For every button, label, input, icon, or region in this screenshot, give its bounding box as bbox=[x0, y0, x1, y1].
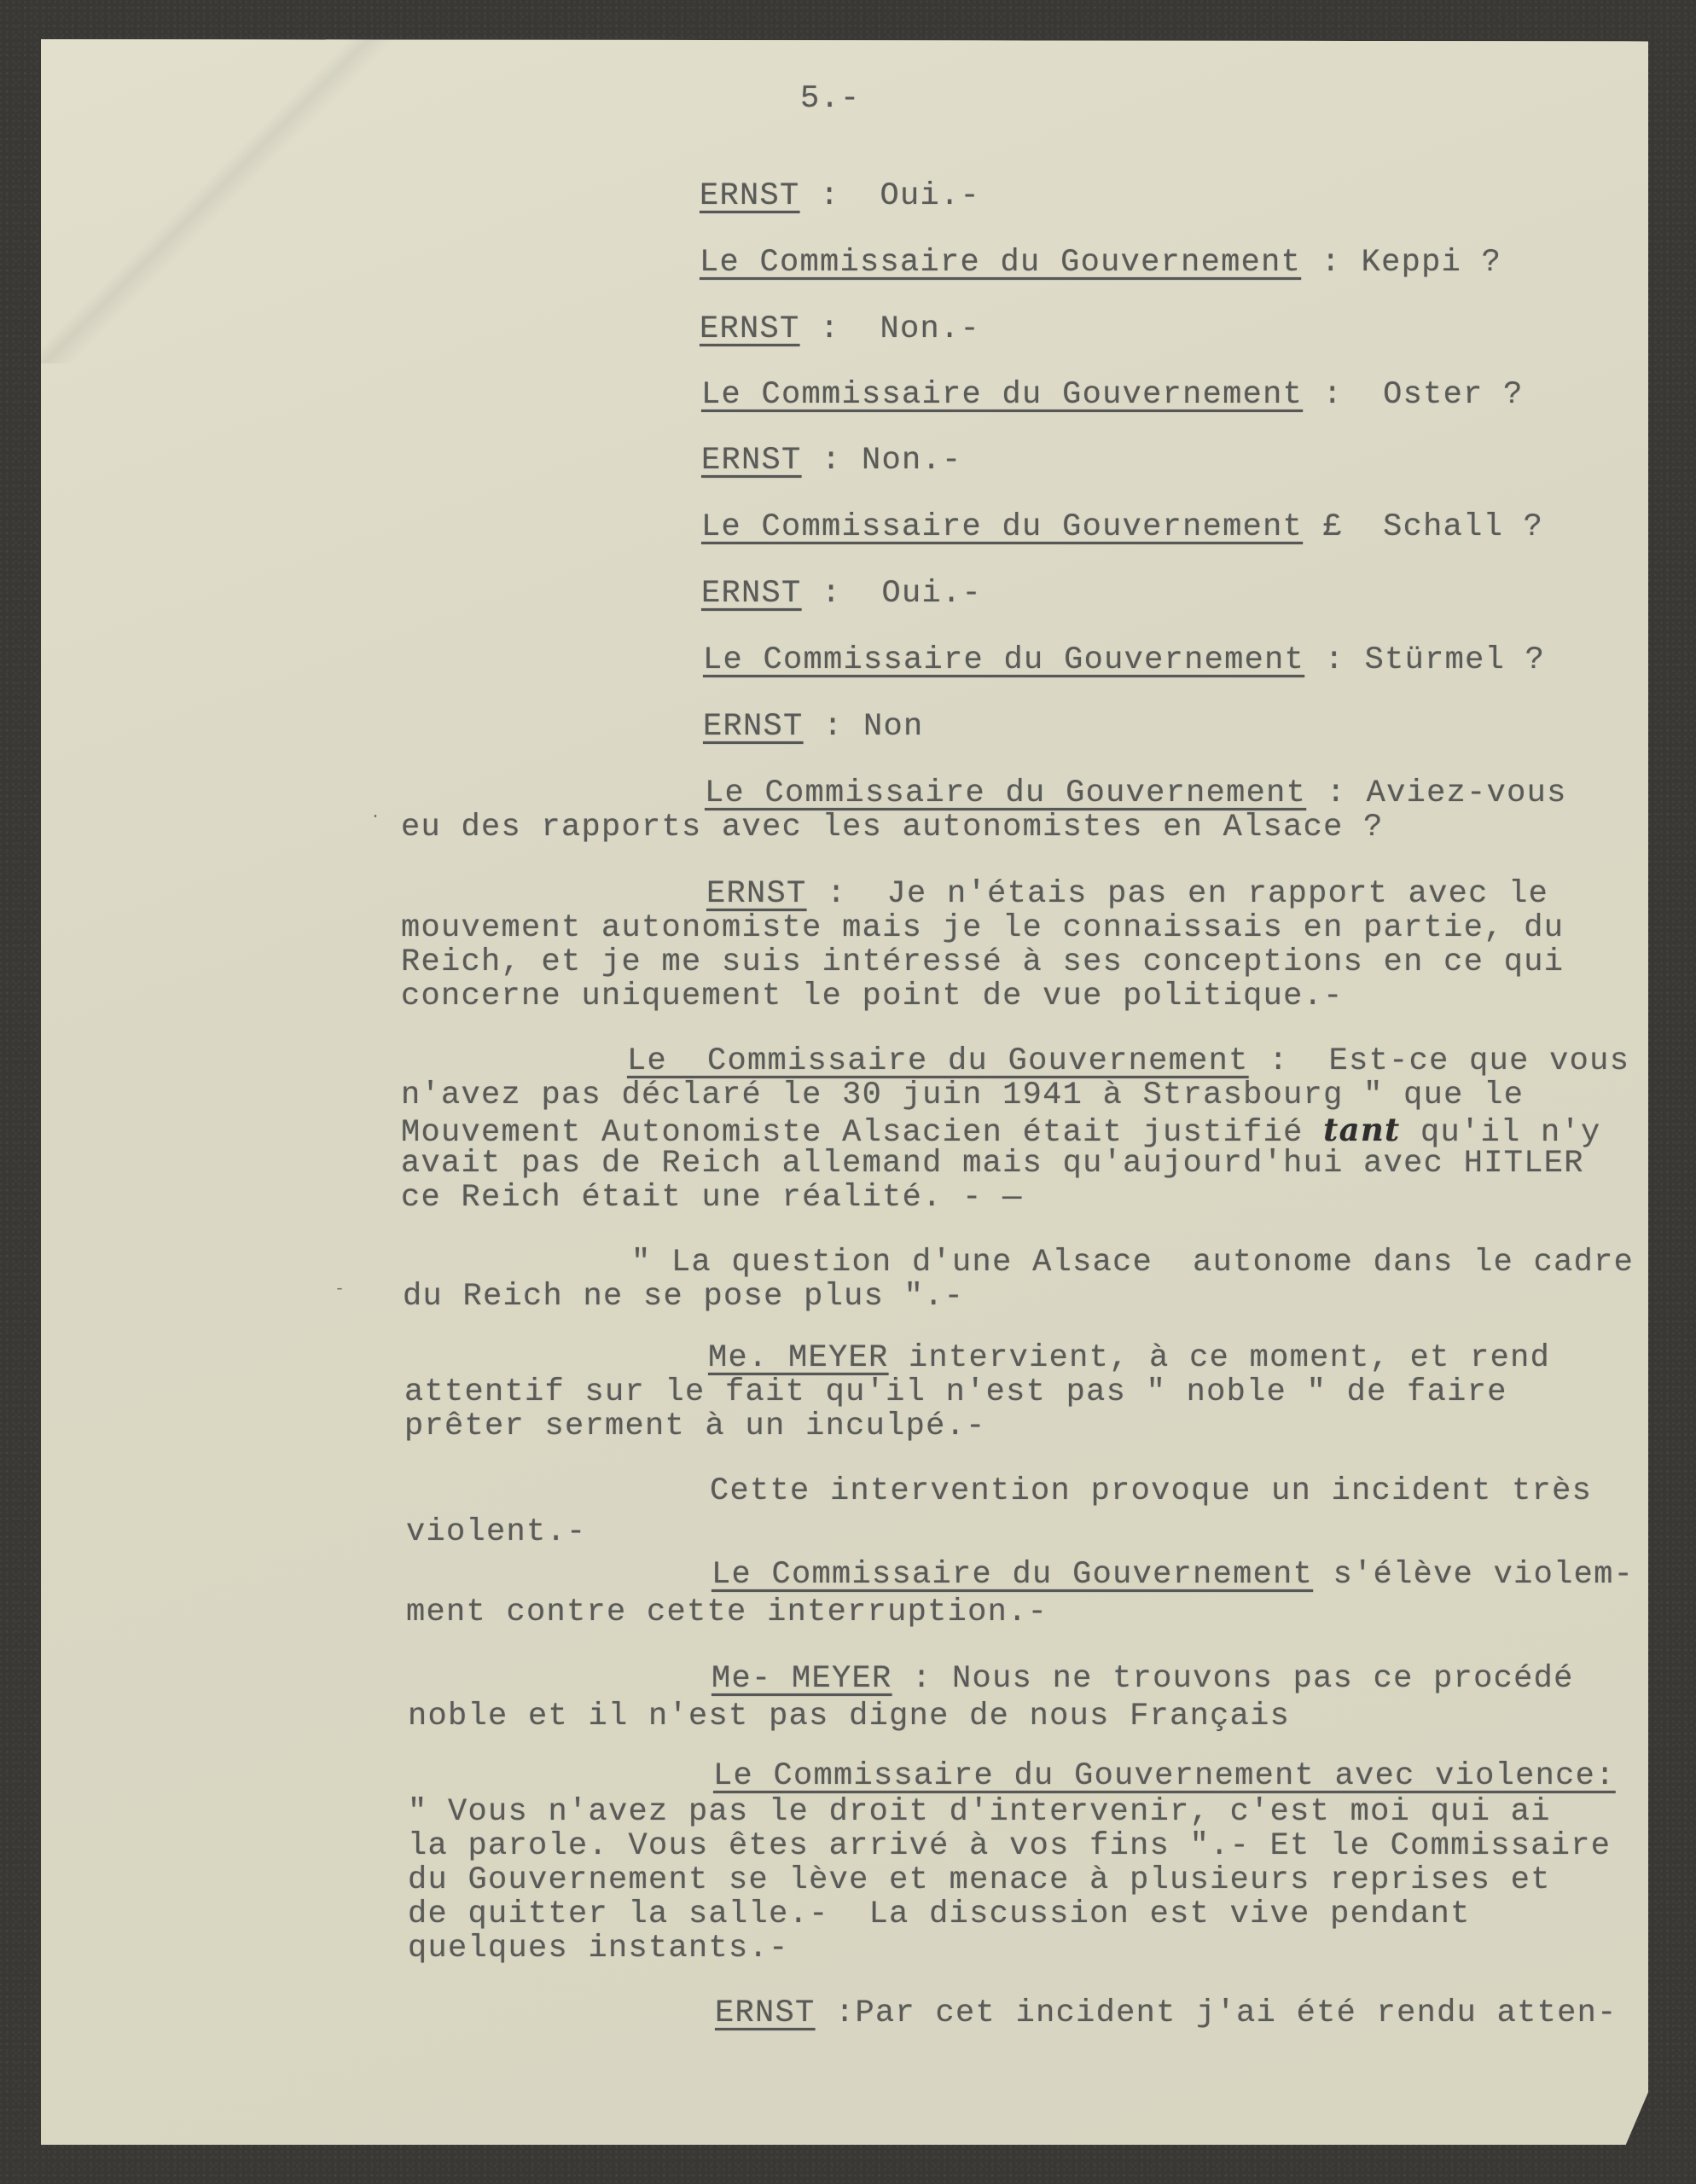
question-text: Keppi ? bbox=[1362, 245, 1502, 281]
margin-dash: - bbox=[334, 1280, 345, 1299]
dialogue-line: ERNST : Non.- bbox=[701, 445, 962, 477]
paragraph-line: attentif sur le fait qu'il n'est pas " n… bbox=[404, 1377, 1507, 1409]
speaker-name: ERNST bbox=[715, 1995, 816, 2031]
dialogue-line: ERNST : Non bbox=[703, 712, 924, 743]
quoted-statement: " La question d'une Alsace autonome dans… bbox=[631, 1247, 1634, 1279]
paragraph-line: n'avez pas déclaré le 30 juin 1941 à Str… bbox=[401, 1080, 1524, 1112]
dialogue-line: ERNST : Oui.- bbox=[701, 578, 982, 610]
speaker-name: Le Commissaire du Gouvernement bbox=[701, 509, 1303, 545]
speaker-name: Le Commissaire du Gouvernement bbox=[700, 245, 1301, 281]
speaker-name: Le Commissaire du Gouvernement bbox=[703, 642, 1304, 678]
speaker-name: Me- MEYER bbox=[712, 1661, 892, 1697]
speaker-name: Le Commissaire du Gouvernement bbox=[701, 377, 1303, 413]
paragraph-line: de quitter la salle.- La discussion est … bbox=[408, 1899, 1471, 1931]
speaker-name: ERNST bbox=[706, 876, 807, 912]
paragraph-line: eu des rapports avec les autonomistes en… bbox=[401, 812, 1384, 844]
paragraph-line: du Gouvernement se lève et menace à plus… bbox=[408, 1865, 1551, 1896]
paragraph-first-line: Cette intervention provoque un incident … bbox=[710, 1476, 1592, 1507]
paragraph-line: violent.- bbox=[406, 1517, 587, 1548]
paragraph-line: Mouvement Autonomiste Alsacien était jus… bbox=[401, 1114, 1600, 1149]
margin-dot: · bbox=[370, 807, 380, 827]
dialogue-line: Le Commissaire du Gouvernement £ Schall … bbox=[701, 512, 1543, 543]
handwritten-correction: tant bbox=[1323, 1111, 1400, 1148]
speaker-name: ERNST bbox=[703, 709, 804, 745]
speaker-name: Me. MEYER bbox=[708, 1340, 889, 1376]
paper-crease bbox=[41, 39, 399, 363]
page-number: 5.- bbox=[800, 84, 861, 115]
paragraph-line: avait pas de Reich allemand mais qu'aujo… bbox=[401, 1148, 1584, 1180]
reply-text: Oui.- bbox=[880, 178, 981, 214]
paragraph-first-line: Le Commissaire du Gouvernement : Aviez-v… bbox=[705, 778, 1567, 810]
reply-text: Non.- bbox=[862, 443, 962, 479]
question-text: Schall ? bbox=[1383, 509, 1543, 545]
paragraph-first-line: Le Commissaire du Gouvernement : Est-ce … bbox=[627, 1046, 1629, 1077]
paragraph-line: ment contre cette interruption.- bbox=[406, 1597, 1048, 1629]
speaker-name: Le Commissaire du Gouvernement bbox=[705, 775, 1306, 811]
paragraph-line: concerne uniquement le point de vue poli… bbox=[401, 981, 1344, 1013]
reply-text: Non.- bbox=[880, 311, 981, 347]
reply-text: Non bbox=[863, 709, 924, 745]
paragraph-line: noble et il n'est pas digne de nous Fran… bbox=[408, 1701, 1290, 1733]
paragraph-line: prêter serment à un inculpé.- bbox=[404, 1411, 986, 1443]
speaker-name: ERNST bbox=[700, 311, 800, 347]
paragraph-first-line: Le Commissaire du Gouvernement avec viol… bbox=[713, 1761, 1616, 1792]
paragraph-line: du Reich ne se pose plus ".- bbox=[403, 1281, 964, 1313]
speaker-name: Le Commissaire du Gouvernement avec viol… bbox=[713, 1758, 1616, 1794]
paragraph-line: quelques instants.- bbox=[408, 1933, 789, 1965]
dialogue-line: ERNST : Oui.- bbox=[700, 181, 980, 212]
paragraph-line: " Vous n'avez pas le droit d'intervenir,… bbox=[408, 1797, 1551, 1828]
reply-text: Oui.- bbox=[882, 576, 983, 612]
question-text: Stürmel ? bbox=[1365, 642, 1546, 678]
speaker-name: ERNST bbox=[700, 178, 800, 214]
paragraph-line: la parole. Vous êtes arrivé à vos fins "… bbox=[408, 1831, 1611, 1862]
dialogue-line: Le Commissaire du Gouvernement : Oster ? bbox=[701, 380, 1524, 411]
dialogue-line: ERNST : Non.- bbox=[700, 314, 980, 346]
speaker-name: ERNST bbox=[701, 443, 802, 479]
speaker-name: ERNST bbox=[701, 576, 802, 612]
paragraph-first-line: Le Commissaire du Gouvernement s'élève v… bbox=[712, 1560, 1634, 1591]
speaker-name: Le Commissaire du Gouvernement bbox=[712, 1557, 1313, 1593]
paragraph-first-line: ERNST :Par cet incident j'ai été rendu a… bbox=[715, 1998, 1618, 2030]
dialogue-line: Le Commissaire du Gouvernement : Keppi ? bbox=[700, 247, 1501, 279]
paragraph-first-line: Me- MEYER : Nous ne trouvons pas ce proc… bbox=[712, 1664, 1574, 1695]
paragraph-line: Reich, et je me suis intéressé à ses con… bbox=[401, 947, 1564, 979]
paragraph-first-line: Me. MEYER intervient, à ce moment, et re… bbox=[708, 1343, 1550, 1374]
question-text: Oster ? bbox=[1383, 377, 1524, 413]
speaker-name: Le Commissaire du Gouvernement bbox=[627, 1043, 1249, 1079]
dialogue-line: Le Commissaire du Gouvernement : Stürmel… bbox=[703, 645, 1545, 677]
paragraph-line: ce Reich était une réalité. - — bbox=[401, 1182, 1023, 1214]
paragraph-first-line: ERNST : Je n'étais pas en rapport avec l… bbox=[706, 879, 1548, 910]
paragraph-line: mouvement autonomiste mais je le connais… bbox=[401, 913, 1564, 944]
